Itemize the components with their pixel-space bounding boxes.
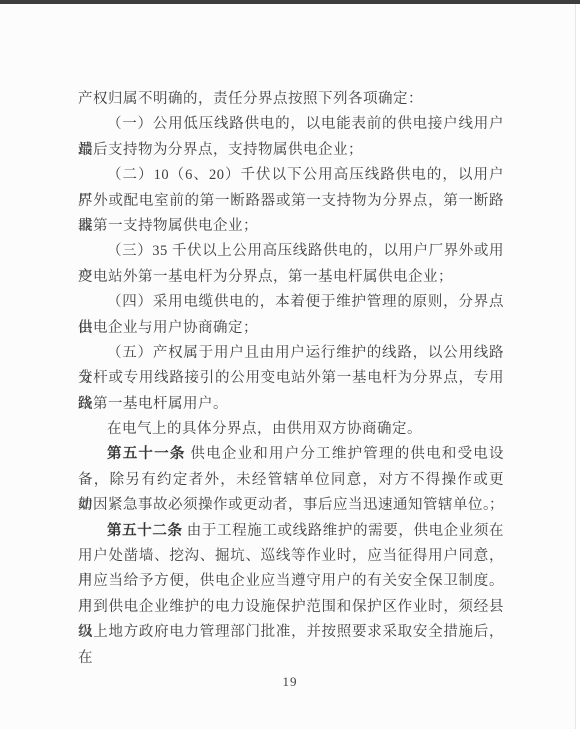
- text-line: （三）35 千伏以上公用高压线路供电的，以用户厂界外或用户: [78, 239, 504, 264]
- text-line: 在电气上的具体分界点，由供用双方协商确定。: [78, 417, 504, 442]
- document-body: 产权归属不明确的，责任分界点按照下列各项确定：（一）公用低压线路供电的，以电能表…: [78, 87, 504, 646]
- text-line: 路第一基电杆属用户。: [78, 392, 504, 417]
- article-number: 第五十一条: [107, 446, 186, 462]
- text-line: 支杆或专用线路接引的公用变电站外第一基电杆为分界点，专用线: [78, 366, 504, 391]
- scan-edge-artifact-right: [575, 4, 576, 729]
- text-line: （四）采用电缆供电的，本着便于维护管理的原则，分界点由: [78, 290, 504, 315]
- article-number: 第五十二条: [107, 523, 183, 539]
- text-line: 变电站外第一基电杆为分界点，第一基电杆属供电企业；: [78, 265, 504, 290]
- text-line: 供电企业与用户协商确定；: [78, 316, 504, 341]
- text-line: 如因紧急事故必须操作或更动者，事后应当迅速通知管辖单位。: [78, 493, 504, 518]
- text-line: 用户处凿墙、挖沟、掘坑、巡线等作业时，应当征得用户同意，用: [78, 544, 504, 569]
- text-line: 第五十二条 由于工程施工或线路维护的需要，供电企业须在: [78, 519, 504, 544]
- text-line: 户应当给予方便，供电企业应当遵守用户的有关安全保卫制度。用: [78, 569, 504, 594]
- text-line: 以上地方政府电力管理部门批准，并按照要求采取安全措施后，在: [78, 620, 504, 645]
- scan-edge-strip-right: [576, 4, 580, 729]
- text-line: 产权归属不明确的，责任分界点按照下列各项确定：: [78, 87, 504, 112]
- text-line: 备，除另有约定者外，未经管辖单位同意，对方不得操作或更动；: [78, 468, 504, 493]
- text-line: （一）公用低压线路供电的，以电能表前的供电接户线用户端: [78, 112, 504, 137]
- scan-edge-artifact-top: [0, 0, 580, 4]
- text-line: （五）产权属于用户且由用户运行维护的线路，以公用线路分: [78, 341, 504, 366]
- text-line: 第五十一条 供电企业和用户分工维护管理的供电和受电设: [78, 442, 504, 467]
- page-number: 19: [0, 672, 580, 692]
- text-line: 界外或配电室前的第一断路器或第一支持物为分界点，第一断路器: [78, 189, 504, 214]
- text-line: （二）10（6、20）千伏以下公用高压线路供电的，以用户厂: [78, 163, 504, 188]
- text-line: 或第一支持物属供电企业；: [78, 214, 504, 239]
- text-line: 户到供电企业维护的电力设施保护范围和保护区作业时，须经县级: [78, 595, 504, 620]
- text-line: 最后支持物为分界点，支持物属供电企业；: [78, 138, 504, 163]
